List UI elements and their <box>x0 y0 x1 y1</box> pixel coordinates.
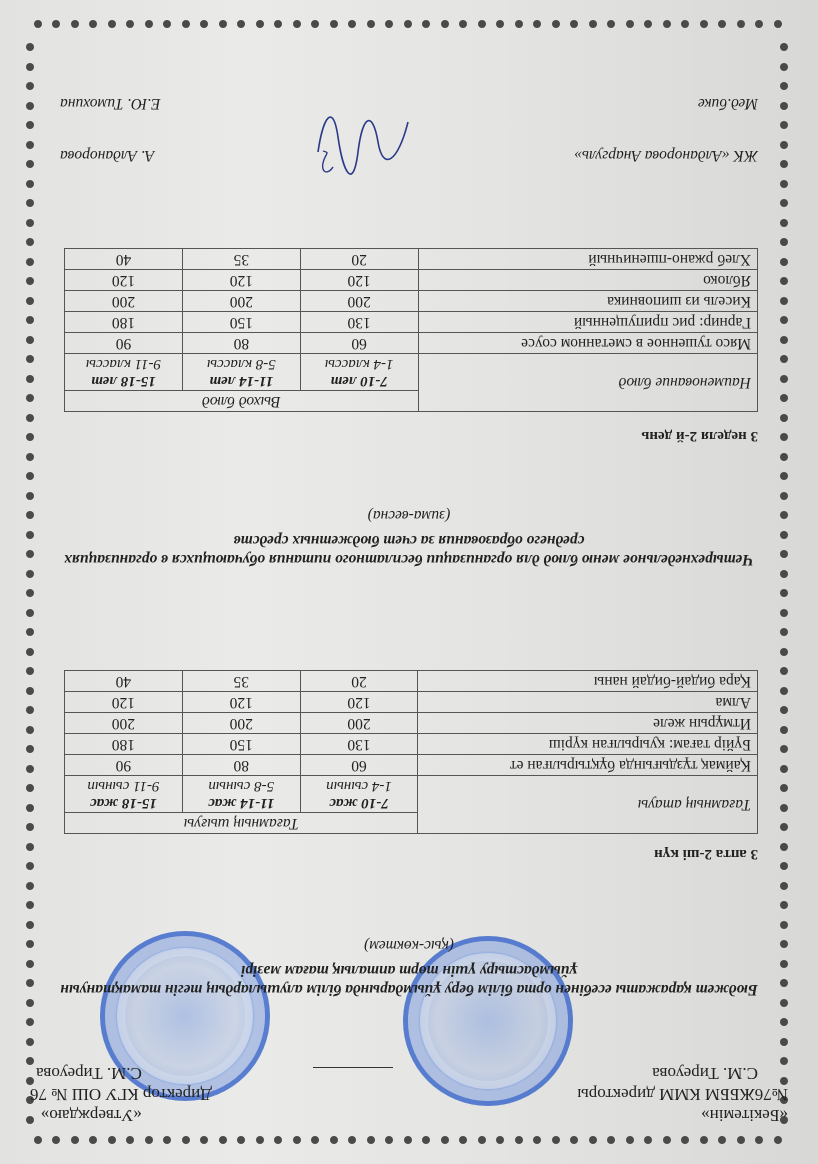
portion-grams: 200 <box>182 713 300 734</box>
portion-grams: 80 <box>182 333 300 354</box>
approver-position: №76ЖББМ КММ директоры <box>577 1084 788 1105</box>
dish-name: Қара бидай-бидай наны <box>418 671 758 692</box>
approver-name: С.М. Тиреуова <box>577 1063 788 1084</box>
table-row: Яблоко120120120 <box>65 270 758 291</box>
portion-grams: 120 <box>182 270 300 291</box>
age-range: 7-10 жас <box>329 795 389 811</box>
portion-grams: 120 <box>182 692 300 713</box>
kz-title: Бюджет қаражаты есебінен орта білім беру… <box>60 936 758 999</box>
signature-name: Е.Ю. Тимохина <box>60 94 161 112</box>
approve-label: «Утверждаю» <box>30 1105 212 1126</box>
portion-grams: 80 <box>182 755 300 776</box>
ru-season: (зима-весна) <box>60 506 758 525</box>
table-row: Қаймақ тұздығында бұқтырылған ет608090 <box>65 755 758 776</box>
age-range: 7-10 лет <box>331 373 388 389</box>
grade-range: 5-8 классы <box>207 356 276 372</box>
dish-name: Алма <box>418 692 758 713</box>
approver-name: С.М. Тиреуова <box>30 1063 212 1084</box>
document-page: «Бекітемін» №76ЖББМ КММ директоры С.М. Т… <box>0 0 818 1164</box>
portion-grams: 150 <box>182 734 300 755</box>
header-dish-name: Тағамның атауы <box>418 776 758 834</box>
ru-title-text: Четырехнедельное меню блюд для организац… <box>64 532 754 568</box>
kz-season: (қыс-көктем) <box>60 936 758 955</box>
portion-grams: 35 <box>182 671 300 692</box>
ru-day-label: 3 неделя 2-й день <box>641 427 758 444</box>
approver-position: Директор КГУ ОШ № 76 <box>30 1084 212 1105</box>
dish-name: Бүйір тағам: қуырылған күріш <box>418 734 758 755</box>
grade-range: 5-8 сынып <box>208 778 274 794</box>
age-group-header: 7-10 жас1-4 сынып <box>300 776 418 813</box>
approval-header: «Бекітемін» №76ЖББМ КММ директоры С.М. Т… <box>30 1006 788 1126</box>
age-range: 15-18 лет <box>91 373 156 389</box>
portion-grams: 120 <box>300 270 418 291</box>
portion-grams: 130 <box>300 312 418 333</box>
age-group-header: 7-10 лет1-4 классы <box>300 354 418 391</box>
table-row: Алма120120120 <box>65 692 758 713</box>
signature-role: Мед.бике <box>698 94 758 112</box>
portion-grams: 120 <box>300 692 418 713</box>
portion-grams: 90 <box>65 755 183 776</box>
portion-grams: 120 <box>65 270 183 291</box>
age-group-header: 15-18 лет9-11 классы <box>65 354 183 391</box>
portion-grams: 20 <box>300 249 418 270</box>
table-row: Гарнир: рис припущенный130150180 <box>65 312 758 333</box>
table-row: Кисель из шиповника200200200 <box>65 291 758 312</box>
table-row: Қара бидай-бидай наны203540 <box>65 671 758 692</box>
grade-range: 1-4 сынып <box>326 778 392 794</box>
table-row: Мясо тушенное в сметанном соусе608090 <box>65 333 758 354</box>
dish-name: Гарнир: рис припущенный <box>418 312 757 333</box>
dish-name: Кисель из шиповника <box>418 291 757 312</box>
portion-grams: 20 <box>300 671 418 692</box>
dish-name: Хлеб ржано-пшеничный <box>418 249 757 270</box>
kz-menu-table: Тағамның атауыТағамның шығуы7-10 жас1-4 … <box>64 670 758 834</box>
age-group-header: 11-14 лет5-8 классы <box>182 354 300 391</box>
approval-ru: «Утверждаю» Директор КГУ ОШ № 76 С.М. Ти… <box>30 1063 212 1126</box>
approve-label: «Бекітемін» <box>577 1105 788 1126</box>
signature-role: ЖК «Алданорова Анаргуль» <box>574 146 758 164</box>
signature-name: А. Алданорова <box>60 146 154 164</box>
portion-grams: 200 <box>182 291 300 312</box>
header-dish-name: Наименование блюд <box>418 354 757 412</box>
grade-range: 9-11 сынып <box>87 778 159 794</box>
grade-range: 9-11 классы <box>86 356 161 372</box>
ru-title: Четырехнедельное меню блюд для организац… <box>60 506 758 569</box>
portion-grams: 60 <box>300 755 418 776</box>
signature-line <box>313 1067 393 1068</box>
portion-grams: 180 <box>65 312 183 333</box>
portion-grams: 120 <box>65 692 183 713</box>
table-row: Итмұрын желе200200200 <box>65 713 758 734</box>
portion-grams: 130 <box>300 734 418 755</box>
table-row: Хлеб ржано-пшеничный203540 <box>65 249 758 270</box>
portion-grams: 60 <box>300 333 418 354</box>
header-output: Тағамның шығуы <box>65 813 418 834</box>
portion-grams: 150 <box>182 312 300 333</box>
age-group-header: 15-18 жас9-11 сынып <box>65 776 183 813</box>
dish-name: Итмұрын желе <box>418 713 758 734</box>
portion-grams: 200 <box>65 713 183 734</box>
dish-name: Мясо тушенное в сметанном соусе <box>418 333 757 354</box>
table-row: Бүйір тағам: қуырылған күріш130150180 <box>65 734 758 755</box>
kz-day-label: 3 апта 2-ші күн <box>654 845 758 862</box>
kz-title-text: Бюджет қаражаты есебінен орта білім беру… <box>60 962 757 998</box>
portion-grams: 200 <box>300 291 418 312</box>
portion-grams: 200 <box>300 713 418 734</box>
dish-name: Қаймақ тұздығында бұқтырылған ет <box>418 755 758 776</box>
portion-grams: 90 <box>65 333 183 354</box>
signatures-block: ЖК «Алданорова Анаргуль» А. Алданорова М… <box>60 60 758 164</box>
header-output: Выход блюд <box>65 391 419 412</box>
age-range: 15-18 жас <box>90 795 157 811</box>
portion-grams: 180 <box>65 734 183 755</box>
portion-grams: 35 <box>182 249 300 270</box>
portion-grams: 40 <box>65 671 183 692</box>
ru-menu-table: Наименование блюдВыход блюд7-10 лет1-4 к… <box>64 248 758 412</box>
dish-name: Яблоко <box>418 270 757 291</box>
approval-kz: «Бекітемін» №76ЖББМ КММ директоры С.М. Т… <box>577 1063 788 1126</box>
grade-range: 1-4 классы <box>325 356 394 372</box>
portion-grams: 200 <box>65 291 183 312</box>
signature-row: Мед.бике Е.Ю. Тимохина <box>60 60 758 112</box>
signature-row: ЖК «Алданорова Анаргуль» А. Алданорова <box>60 112 758 164</box>
age-range: 11-14 лет <box>209 373 273 389</box>
age-group-header: 11-14 жас5-8 сынып <box>182 776 300 813</box>
age-range: 11-14 жас <box>208 795 274 811</box>
portion-grams: 40 <box>65 249 183 270</box>
